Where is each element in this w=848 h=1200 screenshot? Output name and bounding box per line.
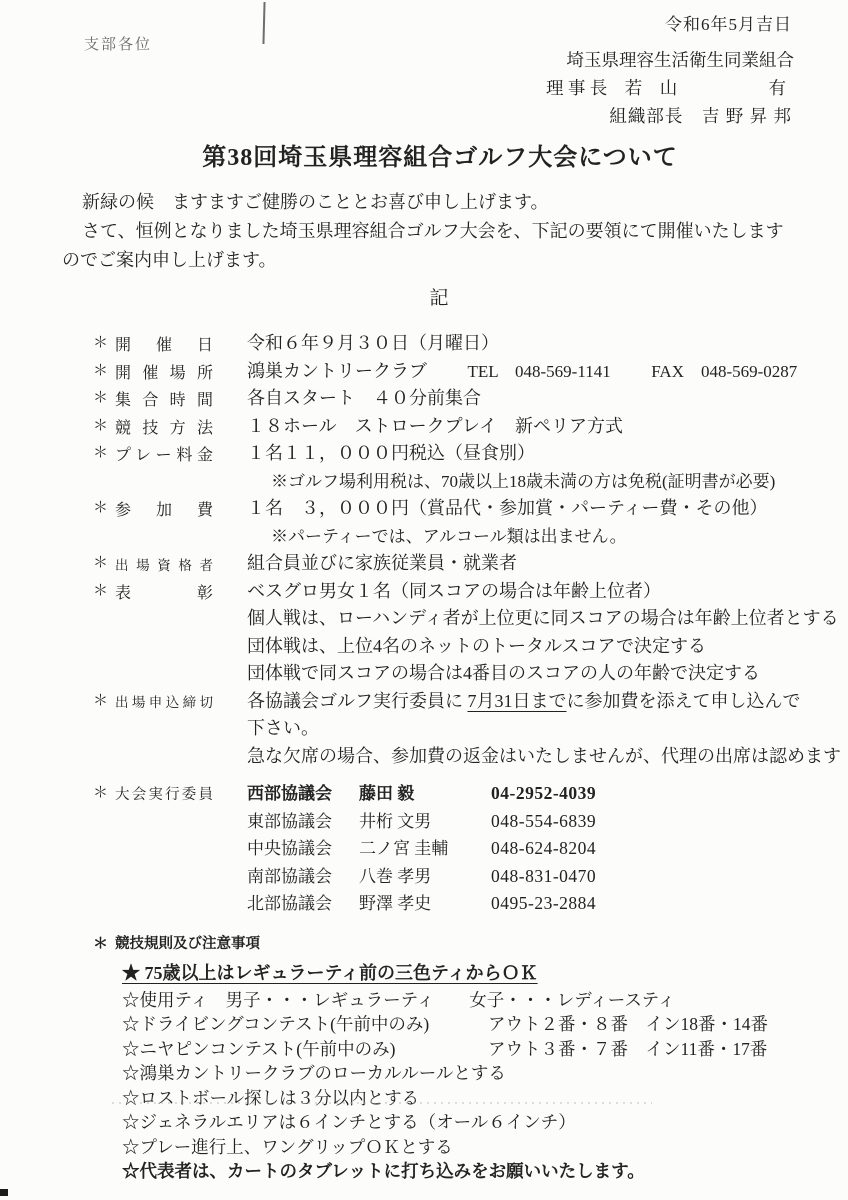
rule-line: ☆ロストボール探しは３分以内とする bbox=[122, 1086, 848, 1111]
rule-line: ☆ジェネラルエリアは６インチとする（オール６インチ） bbox=[122, 1110, 848, 1135]
item-label: 出場申込締切 bbox=[115, 691, 213, 711]
greeting-line: さて、恒例となりました埼玉県理容組合ゴルフ大会を、下記の要領にて開催いたします bbox=[62, 217, 800, 246]
committee-member: 藤田 毅 bbox=[359, 780, 491, 808]
bullet: ＊ bbox=[93, 440, 115, 468]
spacer bbox=[93, 743, 115, 771]
item-awards-line: 個人戦は、ローハンディ者が上位更に同スコアの場合は年齢上位者とする bbox=[93, 605, 848, 633]
rule-line: ☆鴻巣カントリークラブのローカルルールとする bbox=[122, 1061, 848, 1086]
item-entry-fee-note: ※パーティーでは、アルコール類は出ません。 bbox=[93, 523, 848, 551]
item-value: 団体戦は、上位4名のネットのトータルスコアで決定する bbox=[247, 633, 848, 661]
item-label: 集合時間 bbox=[115, 387, 213, 410]
item-value: 急な欠席の場合、参加費の返金はいたしませんが、代理の出席は認めます bbox=[247, 743, 848, 771]
bullet: ＊ bbox=[93, 358, 115, 386]
item-format: ＊ 競技方法 １８ホール ストロークプレイ 新ペリア方式 bbox=[93, 413, 848, 441]
item-deadline-line: 下さい。 bbox=[93, 715, 848, 743]
item-entry-fee: ＊ 参加費 １名 ３，０００円（賞品代・参加賞・パーティー費・その他） bbox=[93, 495, 848, 523]
document-date: 令和6年5月吉日 bbox=[0, 0, 848, 35]
committee-row-content: 中央協議会 二ノ宮 圭輔 048-624-8204 bbox=[247, 835, 848, 863]
venue-tel: TEL 048-569-1141 bbox=[468, 362, 611, 381]
committee-council: 南部協議会 bbox=[247, 863, 359, 891]
addressee: 支部各位 bbox=[84, 33, 152, 54]
sender-block: 埼玉県理容生活衛生同業組合 理 事 長 若 山 有 組織部長 吉 野 昇 邦 bbox=[546, 46, 794, 130]
rule-line: ☆代表者は、カートのタブレットに打ち込みをお願いいたします。 bbox=[122, 1159, 848, 1184]
item-awards: ＊ 表彰 ベスグロ男女１名（同スコアの場合は年齢上位者） bbox=[93, 578, 848, 606]
venue-fax: FAX 048-569-0287 bbox=[651, 362, 797, 381]
rule-line: ☆使用ティ 男子・・・レギュラーティ 女子・・・レディースティ bbox=[122, 988, 848, 1013]
item-value: 鴻巣カントリークラブ TEL 048-569-1141 FAX 048-569-… bbox=[247, 358, 848, 386]
committee-council: 西部協議会 bbox=[247, 780, 359, 808]
item-label: 出場資格者 bbox=[115, 554, 213, 574]
committee-row-content: 南部協議会 八巻 孝男 048-831-0470 bbox=[247, 863, 848, 891]
deadline-underlined: 7月31日まで bbox=[468, 691, 567, 711]
item-play-fee: ＊ プレー料金 １名１１，０００円税込（昼食別） bbox=[93, 440, 848, 468]
item-label: 表彰 bbox=[115, 580, 213, 603]
bullet: ＊ bbox=[93, 688, 115, 716]
committee-phone: 048-831-0470 bbox=[491, 863, 596, 891]
committee-row: 北部協議会 野澤 孝史 0495-23-2884 bbox=[93, 890, 848, 918]
spacer bbox=[93, 660, 115, 688]
item-play-fee-note: ※ゴルフ場利用税は、70歳以上18歳未満の方は免税(証明書が必要) bbox=[93, 468, 848, 496]
spacer bbox=[93, 633, 115, 661]
item-label: 参加費 bbox=[115, 497, 213, 520]
item-value: １名１１，０００円税込（昼食別） bbox=[247, 440, 848, 468]
item-awards-line: 団体戦で同スコアの場合は4番目のスコアの人の年齢で決定する bbox=[93, 660, 848, 688]
spacer bbox=[93, 808, 115, 836]
rule-text: ☆ドライビングコンテスト(午前中のみ) bbox=[122, 1012, 488, 1037]
committee-phone: 04-2952-4039 bbox=[491, 780, 596, 808]
committee-row-content: 東部協議会 井桁 文男 048-554-6839 bbox=[247, 808, 848, 836]
rule-line: ☆ニヤピンコンテスト(午前中のみ) アウト３番・７番 イン11番・17番 bbox=[122, 1037, 848, 1062]
rules-title: 競技規則及び注意事項 bbox=[115, 932, 260, 956]
greeting-line: のでご案内申し上げます。 bbox=[62, 246, 800, 275]
bullet: ＊ bbox=[93, 385, 115, 413]
item-value: 下さい。 bbox=[247, 715, 848, 743]
item-committee: ＊ 大会実行委員 西部協議会 藤田 毅 04-2952-4039 bbox=[93, 780, 848, 808]
committee-member: 野澤 孝史 bbox=[359, 890, 491, 918]
item-value: 個人戦は、ローハンディ者が上位更に同スコアの場合は年齢上位者とする bbox=[247, 605, 848, 633]
spacer bbox=[93, 523, 115, 551]
item-label: 競技方法 bbox=[115, 415, 213, 438]
rule-highlight: ★ 75歳以上はレギュラーティ前の三色ティからＯＫ bbox=[122, 959, 848, 988]
item-value: １８ホール ストロークプレイ 新ペリア方式 bbox=[247, 413, 848, 441]
item-label: 開催日 bbox=[115, 332, 213, 355]
bullet: ＊ bbox=[93, 550, 115, 578]
bullet: ＊ bbox=[93, 413, 115, 441]
item-note: ※パーティーでは、アルコール類は出ません。 bbox=[247, 523, 848, 551]
bullet: ＊ bbox=[93, 495, 115, 523]
spacer bbox=[93, 863, 115, 891]
committee-council: 東部協議会 bbox=[247, 808, 359, 836]
item-value: １名 ３，０００円（賞品代・参加賞・パーティー費・その他） bbox=[247, 495, 848, 523]
committee-member: 井桁 文男 bbox=[359, 808, 491, 836]
spacer bbox=[93, 835, 115, 863]
rule-line: ☆プレー進行上、ワングリップＯＫとする bbox=[122, 1135, 848, 1160]
item-eligibility: ＊ 出場資格者 組合員並びに家族従業員・就業者 bbox=[93, 550, 848, 578]
greeting-paragraph: 新緑の候 ますますご健勝のこととお喜び申し上げます。 さて、恒例となりました埼玉… bbox=[62, 188, 800, 275]
spacer bbox=[93, 890, 115, 918]
spacer bbox=[93, 770, 848, 780]
committee-member: 八巻 孝男 bbox=[359, 863, 491, 891]
item-label: プレー料金 bbox=[115, 442, 213, 465]
org-name: 埼玉県理容生活衛生同業組合 bbox=[546, 46, 794, 74]
rule-holes: アウト２番・８番 イン18番・14番 bbox=[488, 1012, 768, 1037]
item-value: 各自スタート ４０分前集合 bbox=[247, 385, 848, 413]
chairman-given-name: 有 bbox=[769, 74, 787, 102]
spacer bbox=[93, 715, 115, 743]
org-dept-line: 組織部長 吉 野 昇 邦 bbox=[546, 102, 794, 130]
record-mark: 記 bbox=[16, 283, 848, 310]
rule-text: ☆ニヤピンコンテスト(午前中のみ) bbox=[122, 1037, 488, 1062]
item-meet-time: ＊ 集合時間 各自スタート ４０分前集合 bbox=[93, 385, 848, 413]
item-deadline-line: 急な欠席の場合、参加費の返金はいたしませんが、代理の出席は認めます bbox=[93, 743, 848, 771]
committee-phone: 0495-23-2884 bbox=[491, 890, 596, 918]
scan-artifact-dash bbox=[0, 1189, 8, 1196]
deadline-post: に参加費を添えて申し込んで bbox=[567, 691, 801, 711]
committee-row: 東部協議会 井桁 文男 048-554-6839 bbox=[93, 808, 848, 836]
item-awards-line: 団体戦は、上位4名のネットのトータルスコアで決定する bbox=[93, 633, 848, 661]
item-label: 大会実行委員 bbox=[115, 783, 213, 804]
item-event-date: ＊ 開催日 令和６年９月３０日（月曜日） bbox=[93, 330, 848, 358]
rule-line: ☆ドライビングコンテスト(午前中のみ) アウト２番・８番 イン18番・14番 bbox=[122, 1012, 848, 1037]
detail-list: ＊ 開催日 令和６年９月３０日（月曜日） ＊ 開催場所 鴻巣カントリークラブ T… bbox=[93, 330, 848, 918]
rule-holes: アウト３番・７番 イン11番・17番 bbox=[488, 1037, 767, 1062]
item-deadline: ＊ 出場申込締切 各協議会ゴルフ実行委員に 7月31日までに参加費を添えて申し込… bbox=[93, 688, 848, 716]
greeting-line: 新緑の候 ますますご健勝のこととお喜び申し上げます。 bbox=[62, 188, 800, 217]
bullet: ＊ bbox=[93, 780, 115, 808]
chairman-title-name: 理 事 長 若 山 bbox=[546, 74, 677, 102]
item-value: 団体戦で同スコアの場合は4番目のスコアの人の年齢で決定する bbox=[247, 660, 848, 688]
page-title: 第38回埼玉県理容組合ゴルフ大会について bbox=[16, 137, 848, 172]
committee-council: 中央協議会 bbox=[247, 835, 359, 863]
item-label: 開催場所 bbox=[115, 360, 213, 383]
committee-council: 北部協議会 bbox=[247, 890, 359, 918]
deadline-pre: 各協議会ゴルフ実行委員に bbox=[247, 691, 468, 711]
item-note: ※ゴルフ場利用税は、70歳以上18歳未満の方は免税(証明書が必要) bbox=[247, 468, 848, 496]
rules-section: ＊ 競技規則及び注意事項 ★ 75歳以上はレギュラーティ前の三色ティからＯＫ ☆… bbox=[93, 932, 848, 1184]
scan-artifact-speckle bbox=[112, 1102, 652, 1104]
scanned-document-page: 令和6年5月吉日 支部各位 埼玉県理容生活衛生同業組合 理 事 長 若 山 有 … bbox=[0, 0, 848, 1200]
bullet: ＊ bbox=[93, 330, 115, 358]
committee-row-content: 北部協議会 野澤 孝史 0495-23-2884 bbox=[247, 890, 848, 918]
spacer bbox=[93, 605, 115, 633]
committee-row: 西部協議会 藤田 毅 04-2952-4039 bbox=[247, 780, 848, 808]
committee-row: 南部協議会 八巻 孝男 048-831-0470 bbox=[93, 863, 848, 891]
venue-name: 鴻巣カントリークラブ bbox=[247, 361, 427, 381]
item-value: 各協議会ゴルフ実行委員に 7月31日までに参加費を添えて申し込んで bbox=[247, 688, 848, 716]
bullet: ＊ bbox=[93, 578, 115, 606]
rules-header: ＊ 競技規則及び注意事項 bbox=[93, 932, 848, 956]
committee-member: 二ノ宮 圭輔 bbox=[359, 835, 491, 863]
item-value: 令和６年９月３０日（月曜日） bbox=[247, 330, 848, 358]
committee-phone: 048-624-8204 bbox=[491, 835, 596, 863]
chairman-line: 理 事 長 若 山 有 bbox=[546, 74, 794, 102]
spacer bbox=[93, 468, 115, 496]
bullet: ＊ bbox=[93, 932, 115, 956]
committee-row: 中央協議会 二ノ宮 圭輔 048-624-8204 bbox=[93, 835, 848, 863]
committee-phone: 048-554-6839 bbox=[491, 808, 596, 836]
item-value: ベスグロ男女１名（同スコアの場合は年齢上位者） bbox=[247, 578, 848, 606]
item-value: 組合員並びに家族従業員・就業者 bbox=[247, 550, 848, 578]
item-venue: ＊ 開催場所 鴻巣カントリークラブ TEL 048-569-1141 FAX 0… bbox=[93, 358, 848, 386]
